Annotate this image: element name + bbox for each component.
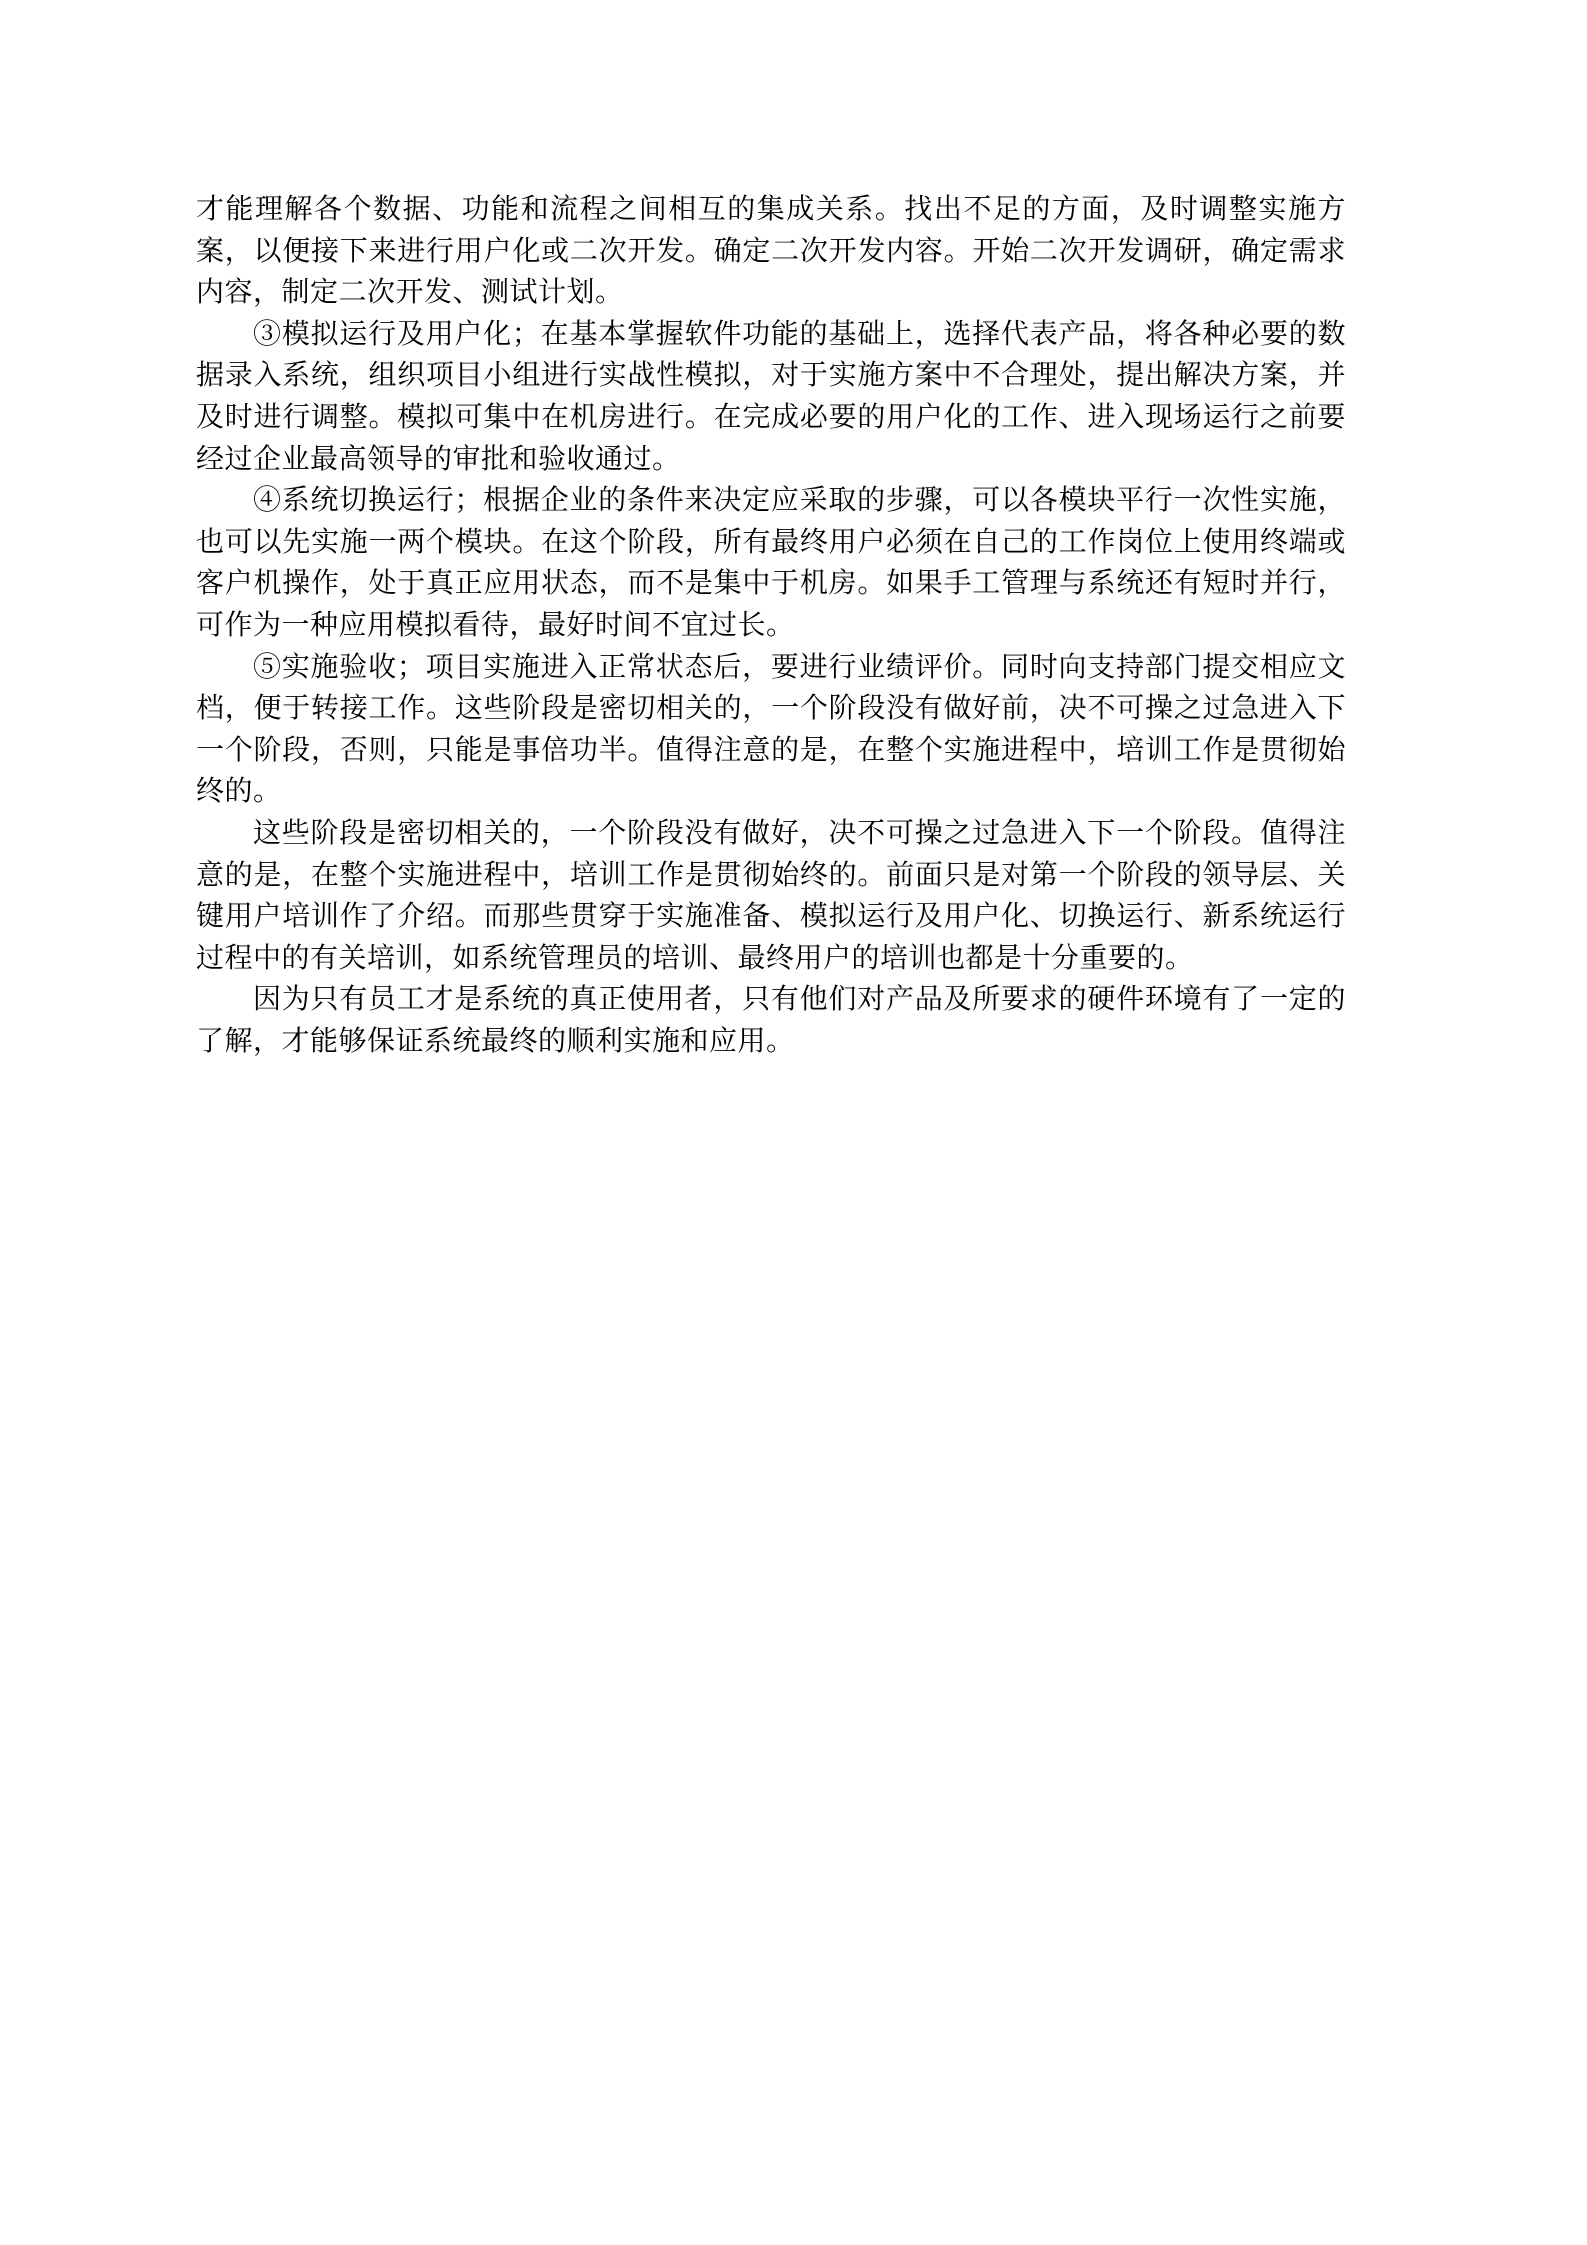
paragraph: ④系统切换运行；根据企业的条件来决定应采取的步骤，可以各模块平行一次性实施，也可… <box>196 480 1346 646</box>
paragraph: ⑤实施验收；项目实施进入正常状态后，要进行业绩评价。同时向支持部门提交相应文档，… <box>196 647 1346 813</box>
document-page: 才能理解各个数据、功能和流程之间相互的集成关系。找出不足的方面，及时调整实施方案… <box>0 0 1587 2245</box>
paragraph: 才能理解各个数据、功能和流程之间相互的集成关系。找出不足的方面，及时调整实施方案… <box>196 189 1346 314</box>
paragraph: 这些阶段是密切相关的，一个阶段没有做好，决不可操之过急进入下一个阶段。值得注意的… <box>196 813 1346 979</box>
paragraph: 因为只有员工才是系统的真正使用者，只有他们对产品及所要求的硬件环境有了一定的了解… <box>196 979 1346 1062</box>
text-block: 才能理解各个数据、功能和流程之间相互的集成关系。找出不足的方面，及时调整实施方案… <box>196 189 1346 1062</box>
paragraph: ③模拟运行及用户化；在基本掌握软件功能的基础上，选择代表产品，将各种必要的数据录… <box>196 314 1346 480</box>
